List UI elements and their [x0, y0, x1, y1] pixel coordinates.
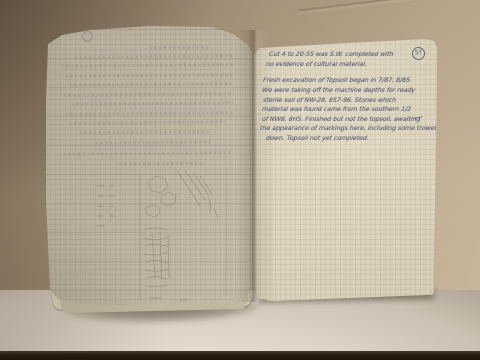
bleed-through-text-line	[120, 162, 204, 166]
handwriting-line: no evidence of cultural material.	[266, 61, 368, 68]
bleed-through-text-line	[66, 73, 234, 78]
bleed-through-text-line	[150, 46, 210, 50]
pencil-sketch	[90, 168, 240, 304]
handwriting-line: material was found came from the souther…	[262, 106, 412, 113]
photo-open-notebook: 57 Cut 4 to 20-55 was S.W. completed wit…	[0, 0, 480, 360]
handwriting-line: down. Topsoil not yet completed.	[266, 135, 370, 142]
bleed-through-text-line	[70, 82, 234, 87]
bleed-through-text-line	[62, 63, 234, 68]
bleed-through-text-line	[80, 130, 210, 135]
bleed-through-text-line	[75, 54, 233, 59]
page-number-badge: 57	[412, 47, 426, 61]
bleed-through-text-line	[64, 92, 234, 97]
bleed-through-text-line	[66, 111, 234, 116]
left-page-number-circle	[82, 31, 93, 42]
handwriting-line: sterile soil of NW-28, 857-96. Stones wh…	[263, 97, 397, 104]
handwriting-line: the appearance of markings here, includi…	[260, 125, 447, 132]
bleed-through-text-line	[64, 151, 232, 156]
handwriting-line: We were taking off the machine depths fo…	[262, 87, 416, 94]
bleed-through-text-line	[96, 140, 214, 144]
bleed-through-text-line	[72, 101, 234, 106]
bleed-through-text-line	[70, 120, 226, 125]
table-front-edge	[0, 351, 480, 360]
handwriting-line: Cut 4 to 20-55 was S.W. completed with	[269, 51, 394, 58]
notebook-gutter-crease	[236, 30, 268, 302]
handwriting-line: Fresh excavation of Topsoil began in 7/8…	[263, 77, 413, 84]
handwriting-line: of NW8, 8H5. Finished but not the topsoi…	[262, 116, 421, 123]
